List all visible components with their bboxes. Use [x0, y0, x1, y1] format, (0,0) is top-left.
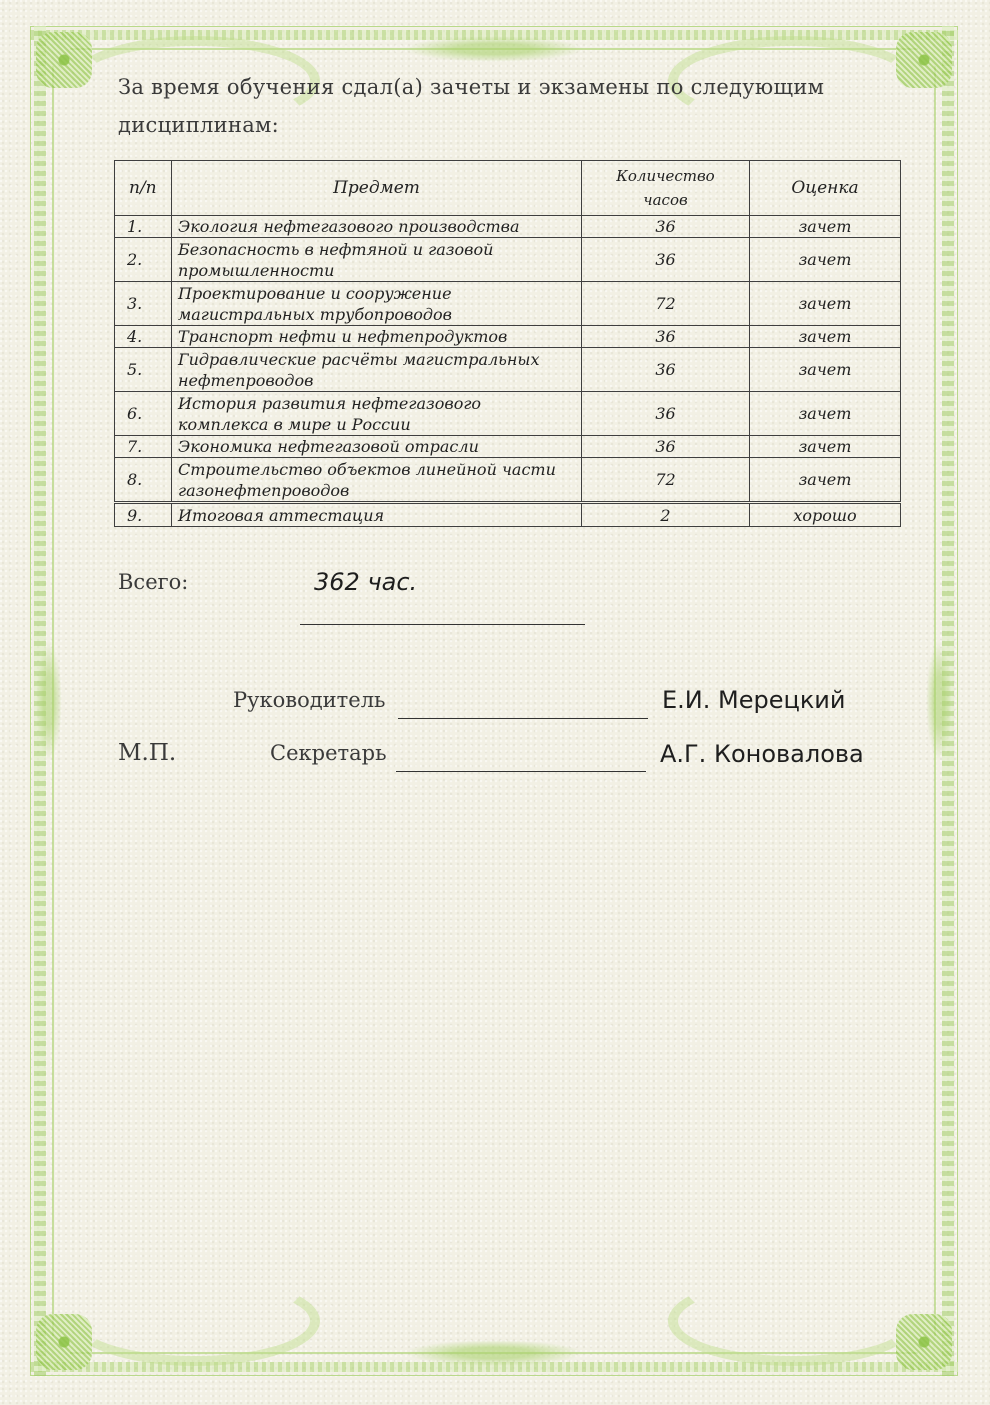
row-grade: зачет	[750, 436, 901, 458]
row-subject: Проектирование и сооружение магистральны…	[172, 282, 582, 326]
row-hours: 36	[582, 326, 750, 348]
table-row: 8. Строительство объектов линейной части…	[115, 458, 901, 503]
total-label: Всего:	[118, 570, 188, 594]
row-hours: 36	[582, 348, 750, 392]
row-subject: Строительство объектов линейной части га…	[172, 458, 582, 503]
corner-rosette-icon	[896, 1314, 952, 1370]
row-subject: История развития нефтегазового комплекса…	[172, 392, 582, 436]
header-grade: Оценка	[750, 161, 901, 216]
table-row: 4. Транспорт нефти и нефтепродуктов 36 з…	[115, 326, 901, 348]
row-grade: зачет	[750, 216, 901, 238]
side-ornament-right	[926, 641, 952, 761]
row-number: 4.	[115, 326, 172, 348]
row-number: 2.	[115, 238, 172, 282]
grades-table: п/п Предмет Количество часов Оценка 1. Э…	[114, 160, 901, 527]
header-hours-line2: часов	[643, 191, 687, 209]
corner-rosette-icon	[36, 32, 92, 88]
table-row: 1. Экология нефтегазового производства 3…	[115, 216, 901, 238]
row-hours: 72	[582, 282, 750, 326]
row-hours: 2	[582, 503, 750, 527]
swirl-ornament	[70, 1276, 320, 1366]
header-number: п/п	[115, 161, 172, 216]
table-row: 2. Безопасность в нефтяной и газовой про…	[115, 238, 901, 282]
corner-rosette-icon	[36, 1314, 92, 1370]
table-header-row: п/п Предмет Количество часов Оценка	[115, 161, 901, 216]
row-grade: зачет	[750, 458, 901, 503]
row-grade: зачет	[750, 392, 901, 436]
table-row: 6. История развития нефтегазового компле…	[115, 392, 901, 436]
row-grade: зачет	[750, 348, 901, 392]
swirl-ornament	[668, 1276, 918, 1366]
row-number: 8.	[115, 458, 172, 503]
row-hours: 36	[582, 238, 750, 282]
row-number: 6.	[115, 392, 172, 436]
row-grade: хорошо	[750, 503, 901, 527]
table-row: 9. Итоговая аттестация 2 хорошо	[115, 503, 901, 527]
row-number: 3.	[115, 282, 172, 326]
row-hours: 36	[582, 436, 750, 458]
intro-text: За время обучения сдал(а) зачеты и экзам…	[118, 68, 838, 144]
corner-rosette-icon	[896, 32, 952, 88]
center-ornament-bottom	[404, 1340, 584, 1366]
row-subject: Экономика нефтегазовой отрасли	[172, 436, 582, 458]
row-number: 5.	[115, 348, 172, 392]
row-subject: Гидравлические расчёты магистральных неф…	[172, 348, 582, 392]
row-subject: Безопасность в нефтяной и газовой промыш…	[172, 238, 582, 282]
row-subject: Экология нефтегазового производства	[172, 216, 582, 238]
row-grade: зачет	[750, 238, 901, 282]
row-hours: 36	[582, 216, 750, 238]
row-grade: зачет	[750, 282, 901, 326]
side-ornament-left	[36, 641, 62, 761]
stamp-place-label: М.П.	[118, 740, 176, 766]
table-row: 5. Гидравлические расчёты магистральных …	[115, 348, 901, 392]
secretary-role-label: Секретарь	[270, 741, 387, 765]
total-hours-value: 362 час.	[314, 568, 417, 596]
row-subject: Транспорт нефти и нефтепродуктов	[172, 326, 582, 348]
row-hours: 36	[582, 392, 750, 436]
secretary-signature-line	[396, 771, 646, 772]
table-row: 3. Проектирование и сооружение магистрал…	[115, 282, 901, 326]
row-number: 7.	[115, 436, 172, 458]
director-signature-line	[398, 718, 648, 719]
row-subject: Итоговая аттестация	[172, 503, 582, 527]
row-number: 9.	[115, 503, 172, 527]
header-hours-line1: Количество	[616, 167, 714, 185]
secretary-name: А.Г. Коновалова	[660, 740, 864, 768]
center-ornament-top	[404, 36, 584, 62]
director-role-label: Руководитель	[233, 688, 385, 712]
total-underline	[300, 624, 585, 625]
table-row: 7. Экономика нефтегазовой отрасли 36 зач…	[115, 436, 901, 458]
header-hours: Количество часов	[582, 161, 750, 216]
row-grade: зачет	[750, 326, 901, 348]
header-subject: Предмет	[172, 161, 582, 216]
row-hours: 72	[582, 458, 750, 503]
row-number: 1.	[115, 216, 172, 238]
director-name: Е.И. Мерецкий	[662, 686, 846, 714]
